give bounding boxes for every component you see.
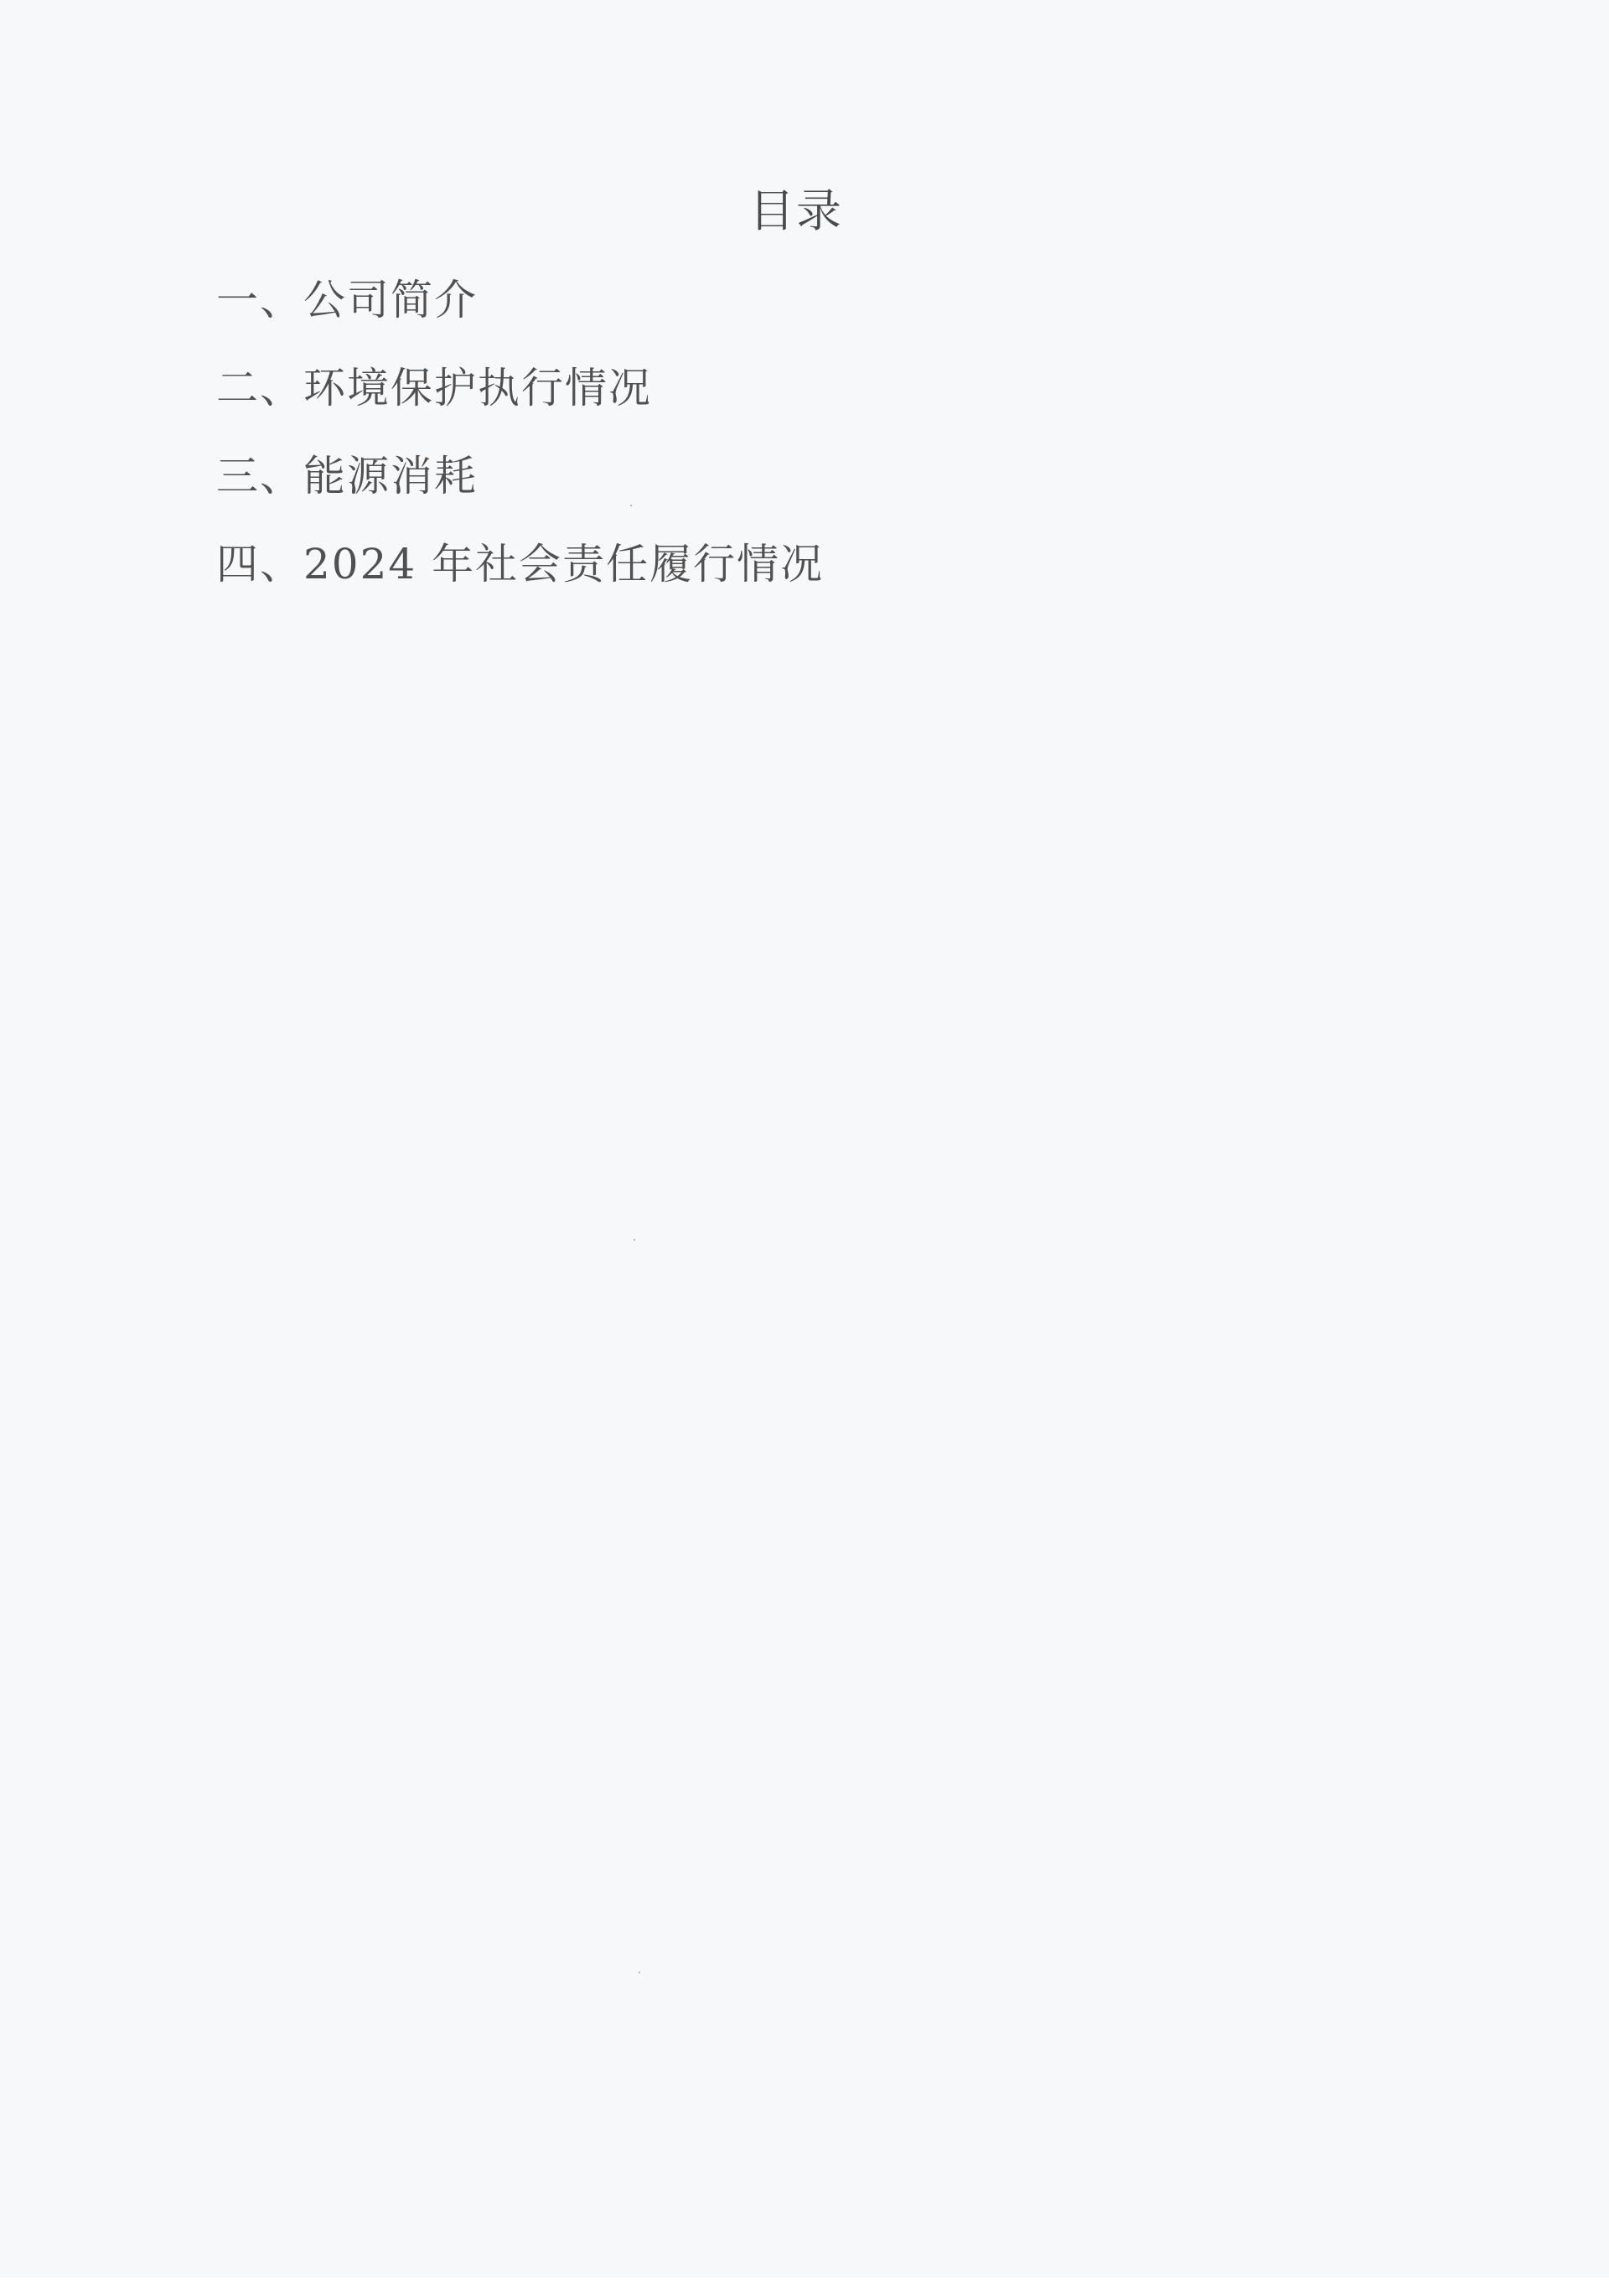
- toc-item-company-profile: 一、公司简介: [216, 270, 824, 358]
- toc-item-number: 二、: [216, 358, 303, 418]
- toc-item-social-responsibility: 四、2024 年社会责任履行情况: [216, 534, 824, 622]
- toc-item-energy-consumption: 三、能源消耗: [216, 446, 824, 534]
- toc-item-environmental-protection: 二、环境保护执行情况: [216, 358, 824, 446]
- scan-speck: [630, 505, 632, 506]
- toc-item-number: 三、: [216, 446, 303, 506]
- toc-item-label: 环境保护执行情况: [303, 364, 652, 412]
- table-of-contents: 一、公司简介 二、环境保护执行情况 三、能源消耗 四、2024 年社会责任履行情…: [216, 270, 824, 622]
- toc-item-label: 能源消耗: [303, 452, 478, 500]
- scan-speck: [639, 1972, 640, 1973]
- scan-speck: [634, 1239, 635, 1241]
- page-title: 目录: [0, 178, 1592, 245]
- toc-item-label: 公司简介: [303, 276, 478, 324]
- toc-item-label: 2024 年社会责任履行情况: [303, 540, 824, 588]
- document-page: 目录 一、公司简介 二、环境保护执行情况 三、能源消耗 四、2024 年社会责任…: [0, 0, 1609, 2278]
- toc-item-number: 一、: [216, 270, 303, 330]
- toc-item-number: 四、: [216, 534, 303, 594]
